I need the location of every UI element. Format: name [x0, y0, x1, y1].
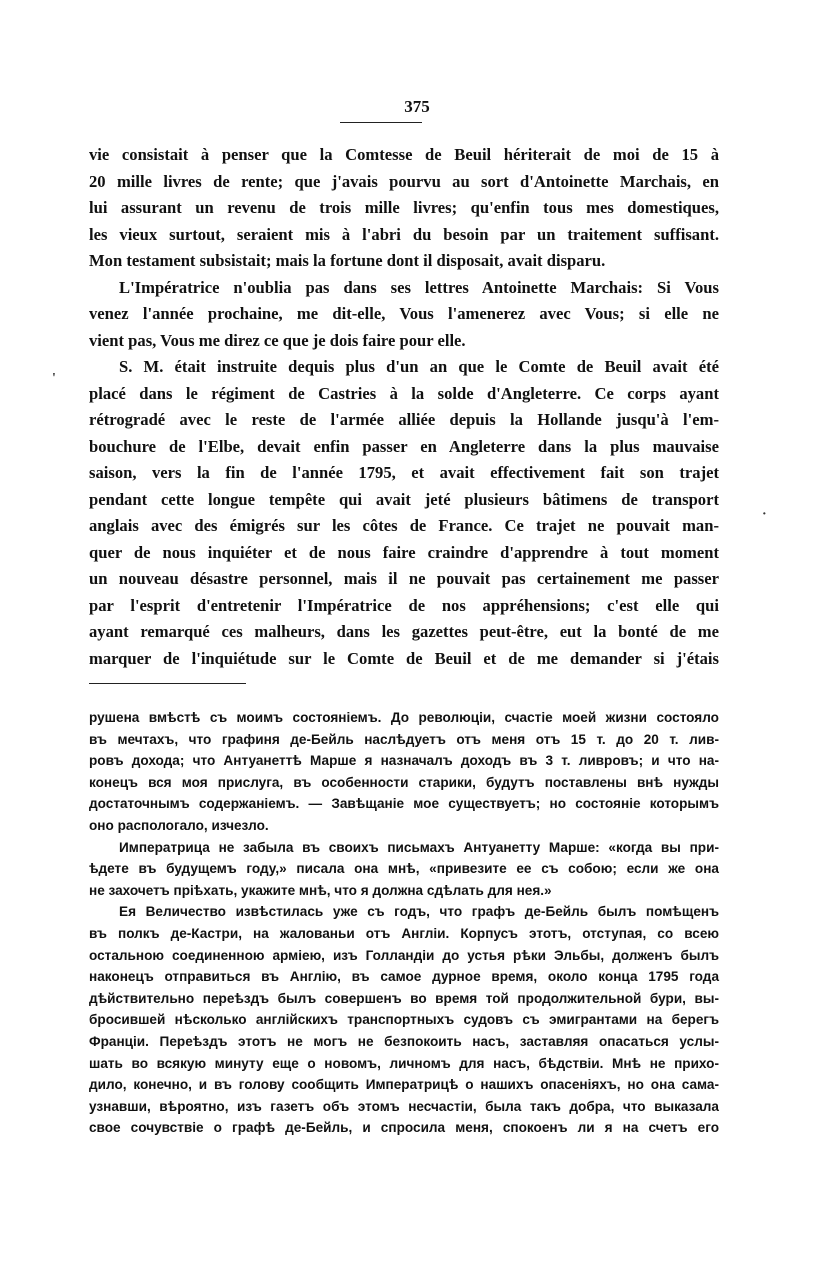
text-line: 20 mille livres de rente; que j'avais po…	[89, 169, 719, 196]
footnote-line: дило, конечно, и въ голову сообщить Импе…	[89, 1074, 719, 1096]
main-text-body: vie consistait à penser que la Comtesse …	[89, 142, 719, 672]
right-margin-mark: ·	[762, 507, 767, 523]
footnote-line: дѣйствительно переѣздъ былъ совершенъ во…	[89, 988, 719, 1010]
text-line: rétrogradé avec le reste de l'armée alli…	[89, 407, 719, 434]
footnote-line: конецъ вся моя прислуга, въ особенности …	[89, 772, 719, 794]
footnote-line: наконецъ отправиться въ Англію, въ самое…	[89, 966, 719, 988]
text-line: par l'esprit d'entretenir l'Impératrice …	[89, 593, 719, 620]
text-line: vie consistait à penser que la Comtesse …	[89, 142, 719, 169]
text-line: placé dans le régiment de Castries à la …	[89, 381, 719, 408]
text-line: Mon testament subsistait; mais la fortun…	[89, 248, 719, 275]
text-line: ayant remarqué ces malheurs, dans les ga…	[89, 619, 719, 646]
footnote-line: узнавши, вѣроятно, изъ газетъ объ этомъ …	[89, 1096, 719, 1118]
footnote-line: Франціи. Переѣздъ этотъ не могъ не безпо…	[89, 1031, 719, 1053]
text-line: venez l'année prochaine, me dit-elle, Vo…	[89, 301, 719, 328]
footnote-line: достаточнымъ содержаніемъ. — Завѣщаніе м…	[89, 793, 719, 815]
text-line: anglais avec des émigrés sur les côtes d…	[89, 513, 719, 540]
footnote-rule	[89, 683, 246, 684]
text-line: un nouveau désastre personnel, mais il n…	[89, 566, 719, 593]
left-margin-mark: '	[52, 371, 56, 387]
footnote-line: рушена вмѣстѣ съ моимъ состояніемъ. До р…	[89, 707, 719, 729]
page-number-rule	[340, 122, 422, 123]
footnote-line: остальною соединенною арміею, изъ Голлан…	[89, 945, 719, 967]
footnote-line: шать во всякую минуту еще о новомъ, личн…	[89, 1053, 719, 1075]
text-line: L'Impératrice n'oublia pas dans ses lett…	[89, 275, 719, 302]
text-line: bouchure de l'Elbe, devait enfin passer …	[89, 434, 719, 461]
footnote-line: Ея Величество извѣстилась уже съ годъ, ч…	[89, 901, 719, 923]
text-line: les vieux surtout, seraient mis à l'abri…	[89, 222, 719, 249]
footnote-line: бросившей нѣсколько англійскихъ транспор…	[89, 1009, 719, 1031]
text-line: saison, vers la fin de l'année 1795, et …	[89, 460, 719, 487]
text-line: vient pas, Vous me direz ce que je dois …	[89, 328, 719, 355]
footnote-line: въ мечтахъ, что графиня де-Бейль наслѣду…	[89, 729, 719, 751]
text-line: quer de nous inquiéter et de nous faire …	[89, 540, 719, 567]
text-line: S. M. était instruite dequis plus d'un a…	[89, 354, 719, 381]
footnote-body: рушена вмѣстѣ съ моимъ состояніемъ. До р…	[89, 707, 719, 1139]
text-line: lui assurant un revenu de trois mille li…	[89, 195, 719, 222]
footnote-line: ѣдете въ будущемъ году,» писала она мнѣ,…	[89, 858, 719, 880]
page-number: 375	[0, 97, 834, 117]
footnote-line: ровъ дохода; что Антуанеттѣ Марше я назн…	[89, 750, 719, 772]
footnote-line: Императрица не забыла въ своихъ письмахъ…	[89, 837, 719, 859]
text-line: pendant cette longue tempête qui avait j…	[89, 487, 719, 514]
text-line: marquer de l'inquiétude sur le Comte de …	[89, 646, 719, 673]
footnote-line: свое сочувствіе о графѣ де-Бейль, и спро…	[89, 1117, 719, 1139]
footnote-line: не захочетъ пріѣхать, укажите мнѣ, что я…	[89, 880, 719, 902]
footnote-line: въ полкъ де-Кастри, на жалованьи отъ Анг…	[89, 923, 719, 945]
footnote-line: оно распологало, изчезло.	[89, 815, 719, 837]
